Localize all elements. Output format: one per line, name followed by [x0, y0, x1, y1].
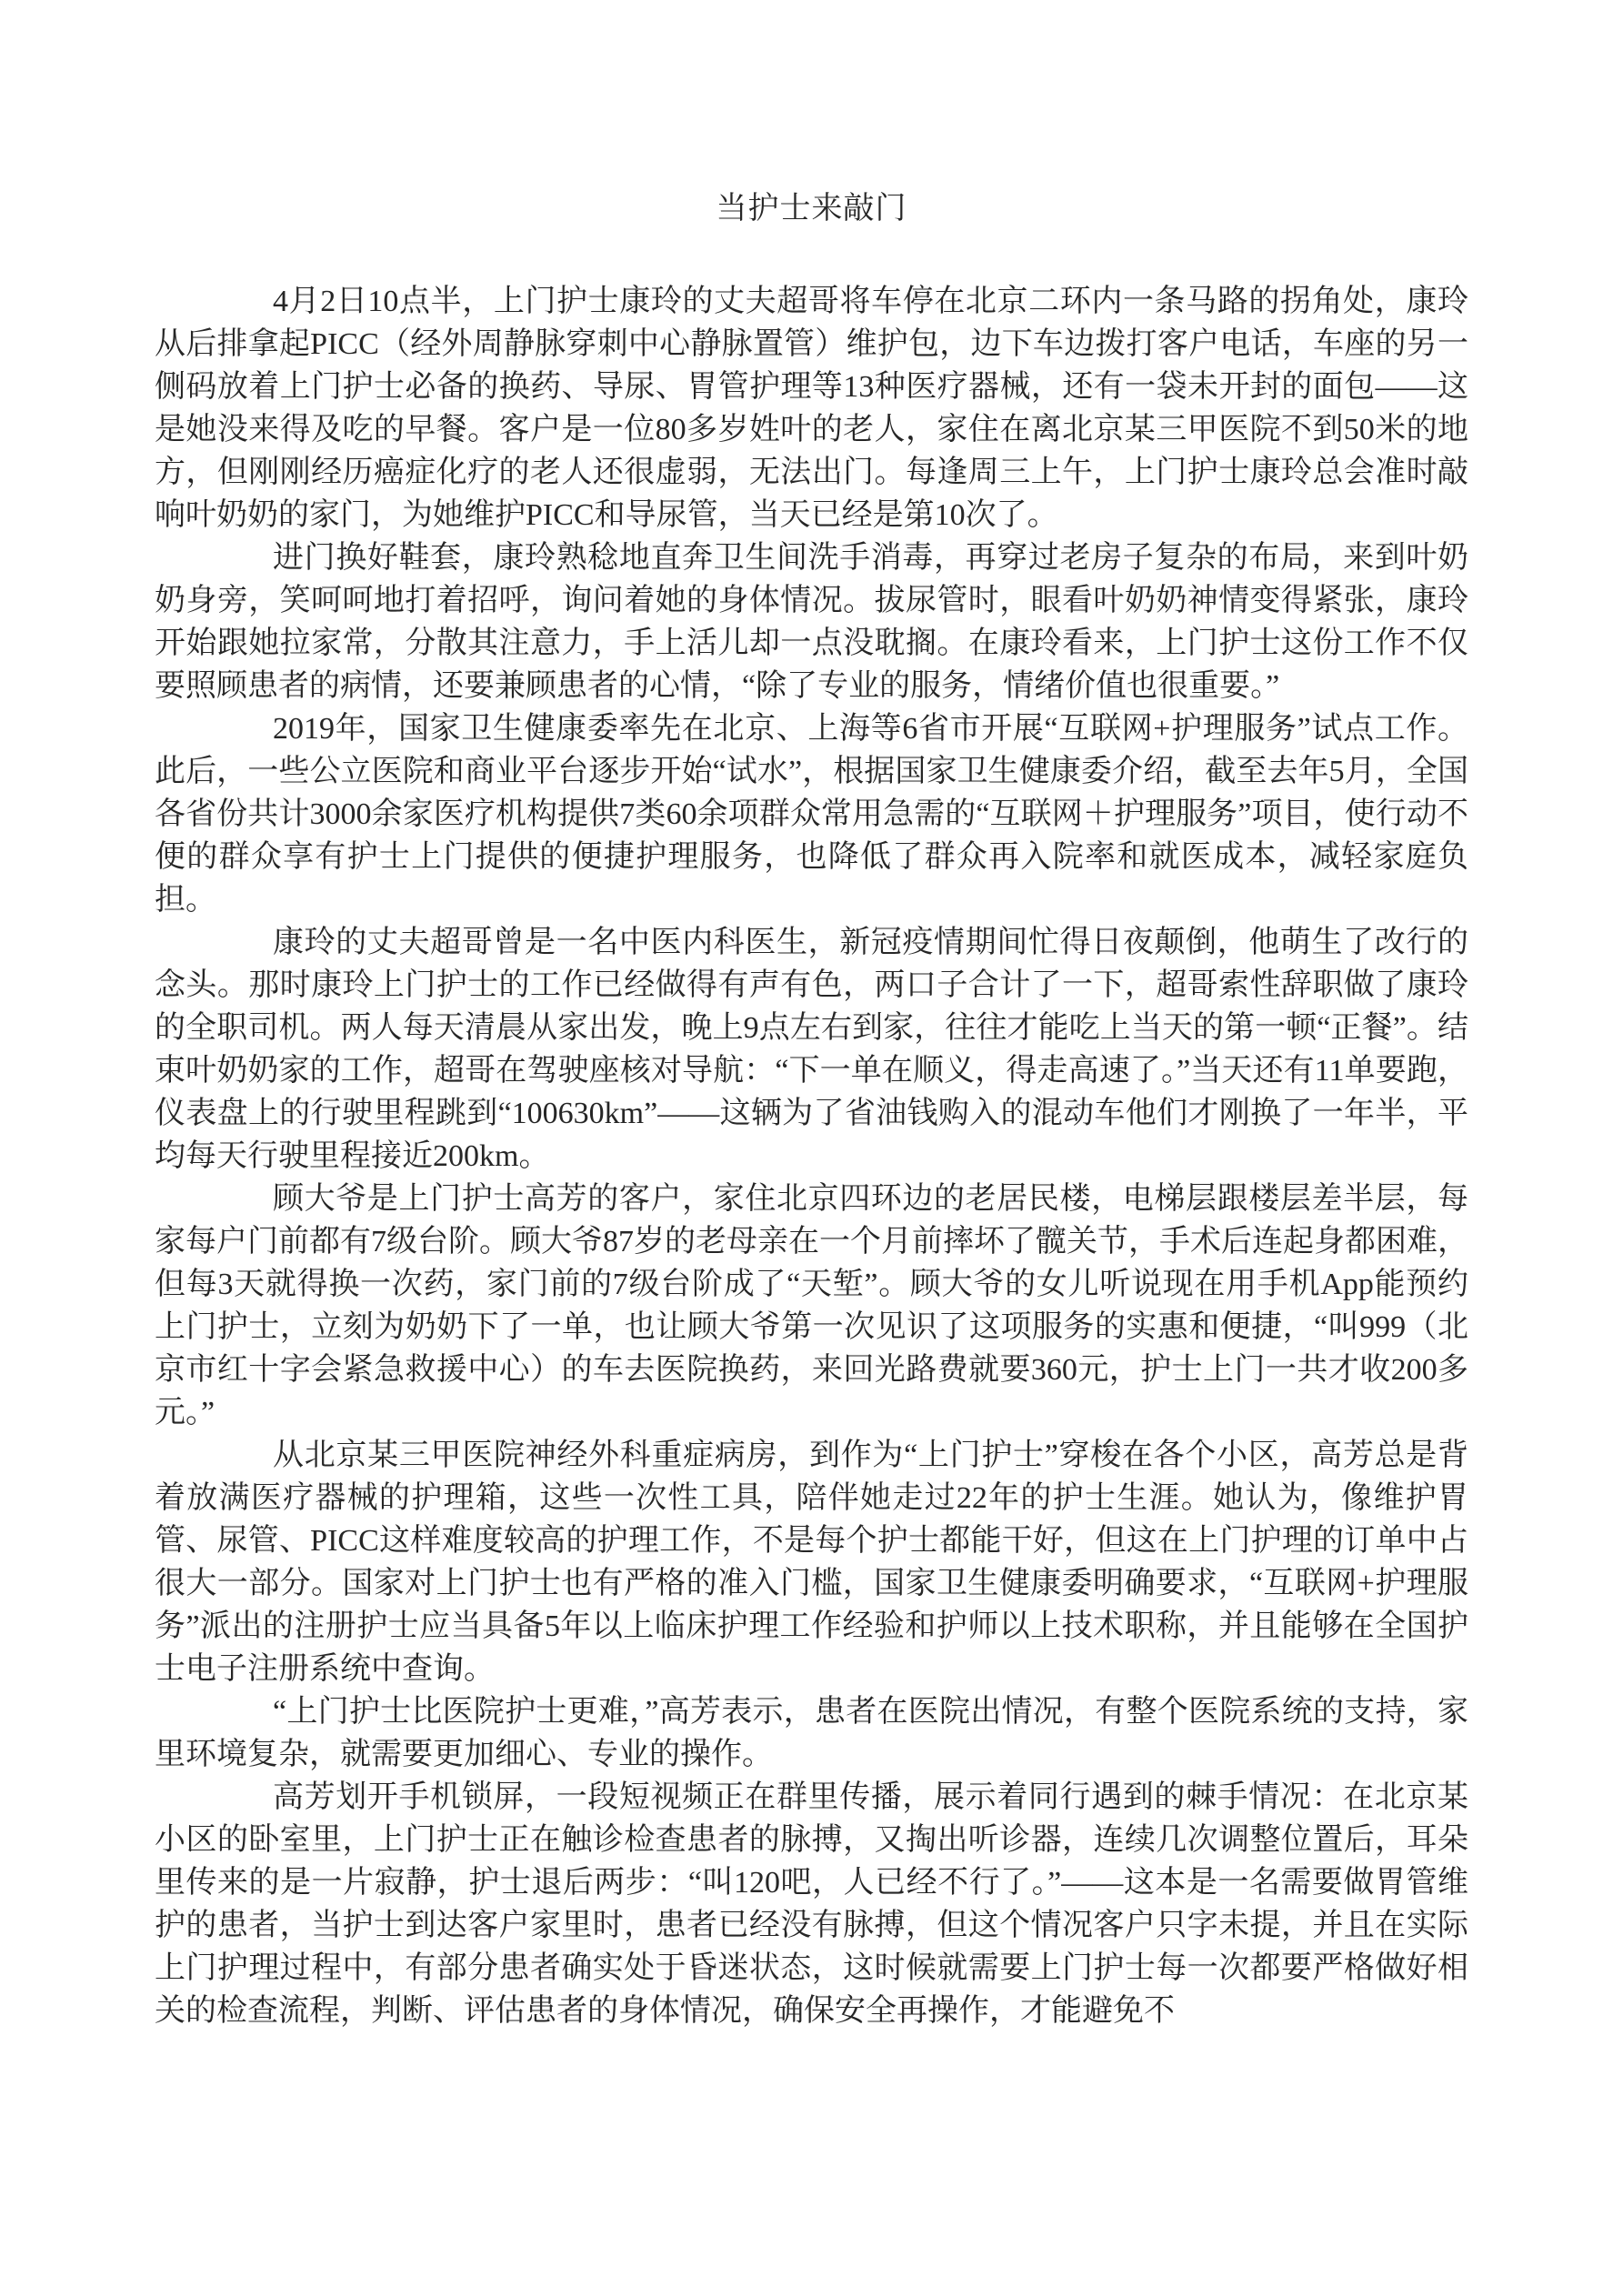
article-body: 4月2日10点半，上门护士康玲的丈夫超哥将车停在北京二环内一条马路的拐角处，康玲… — [155, 280, 1468, 2032]
paragraph-internet-plus-nursing-policy: 2019年，国家卫生健康委率先在北京、上海等6省市开展“互联网+护理服务”试点工… — [155, 707, 1468, 921]
paragraph-gu-daye-client: 顾大爷是上门护士高芳的客户，家住北京四环边的老居民楼，电梯层跟楼层差半层，每家每… — [155, 1178, 1468, 1434]
paragraph-husband-driver: 康玲的丈夫超哥曾是一名中医内科医生，新冠疫情期间忙得日夜颠倒，他萌生了改行的念头… — [155, 921, 1468, 1178]
paragraph-intro-nurse-kangling: 4月2日10点半，上门护士康玲的丈夫超哥将车停在北京二环内一条马路的拐角处，康玲… — [155, 280, 1468, 536]
paragraph-short-video-incident: 高芳划开手机锁屏，一段短视频正在群里传播，展示着同行遇到的棘手情况：在北京某小区… — [155, 1776, 1468, 2032]
paragraph-gaofang-career: 从北京某三甲医院神经外科重症病房，到作为“上门护士”穿梭在各个小区，高芳总是背着… — [155, 1434, 1468, 1690]
paragraph-gaofang-quote: “上门护士比医院护士更难，”高芳表示，患者在医院出情况，有整个医院系统的支持，家… — [155, 1690, 1468, 1776]
document-title: 当护士来敲门 — [0, 0, 1623, 230]
document-page: 当护士来敲门 4月2日10点半，上门护士康玲的丈夫超哥将车停在北京二环内一条马路… — [0, 0, 1623, 2296]
paragraph-home-visit-care: 进门换好鞋套，康玲熟稔地直奔卫生间洗手消毒，再穿过老房子复杂的布局，来到叶奶奶身… — [155, 536, 1468, 707]
